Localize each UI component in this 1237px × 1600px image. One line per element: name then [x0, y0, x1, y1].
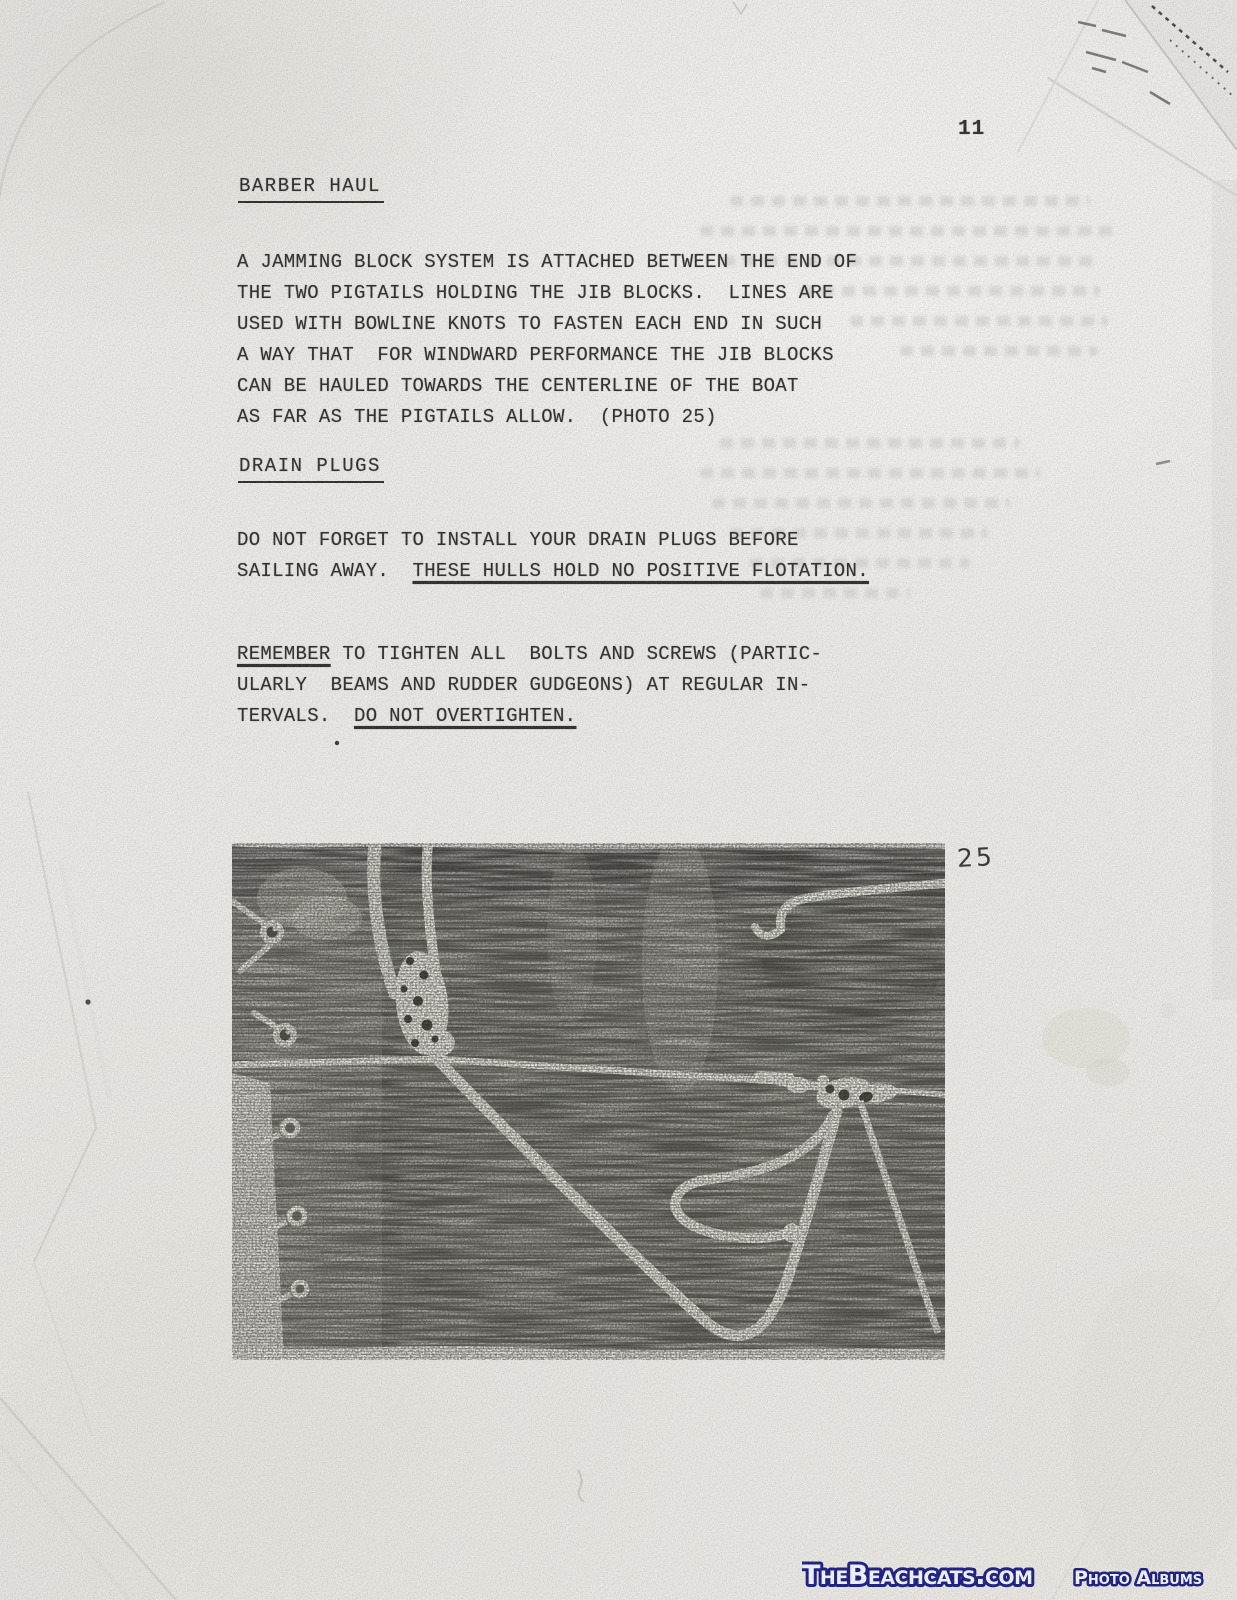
text-line: TERVALS. DO NOT OVERTIGHTEN. [237, 701, 822, 732]
text-segment: A JAMMING BLOCK SYSTEM IS ATTACHED BETWE… [237, 251, 857, 273]
text-line: CAN BE HAULED TOWARDS THE CENTERLINE OF … [237, 371, 857, 402]
bleedthrough-line [720, 438, 1020, 448]
bleedthrough-line [700, 468, 1040, 478]
photo-number: 25 [956, 842, 995, 873]
underlined-text: REMEMBER [237, 643, 331, 665]
photo-25 [232, 843, 945, 1360]
text-line: THE TWO PIGTAILS HOLDING THE JIB BLOCKS.… [237, 278, 857, 309]
text-line: A JAMMING BLOCK SYSTEM IS ATTACHED BETWE… [237, 247, 857, 278]
text-line: A WAY THAT FOR WINDWARD PERFORMANCE THE … [237, 340, 857, 371]
bleedthrough-line [850, 316, 1108, 326]
watermark-brand: TheBeachcats.com [802, 1560, 1032, 1591]
text-segment: THE TWO PIGTAILS HOLDING THE JIB BLOCKS.… [237, 282, 834, 304]
stain [1042, 1008, 1130, 1068]
corner-fold [1125, 0, 1237, 150]
bleedthrough-line [760, 588, 910, 598]
paragraph-barber-haul: A JAMMING BLOCK SYSTEM IS ATTACHED BETWE… [237, 247, 857, 433]
paragraph-remember-tighten: REMEMBER TO TIGHTEN ALL BOLTS AND SCREWS… [237, 639, 822, 732]
watermark: TheBeachcats.com Photo Albums [802, 1548, 1222, 1596]
scanned-page: 11 BARBER HAUL A JAMMING BLOCK SYSTEM IS… [0, 0, 1237, 1600]
text-segment: AS FAR AS THE PIGTAILS ALLOW. (PHOTO 25) [237, 406, 717, 428]
bleedthrough-line [730, 196, 1090, 206]
watermark-label: Photo Albums [1074, 1567, 1202, 1589]
text-segment: ULARLY BEAMS AND RUDDER GUDGEONS) AT REG… [237, 674, 810, 696]
heading-barber-haul: BARBER HAUL [239, 175, 384, 203]
underlined-text: THESE HULLS HOLD NO POSITIVE FLOTATION. [413, 560, 869, 582]
paper-texture [0, 0, 1237, 1600]
text-segment: DO NOT FORGET TO INSTALL YOUR DRAIN PLUG… [237, 529, 799, 551]
paragraph-drain-plugs: DO NOT FORGET TO INSTALL YOUR DRAIN PLUG… [237, 525, 869, 587]
underlined-text: DO NOT OVERTIGHTEN. [354, 705, 576, 727]
text-line: DO NOT FORGET TO INSTALL YOUR DRAIN PLUG… [237, 525, 869, 556]
text-segment: SAILING AWAY. [237, 560, 413, 582]
text-line: REMEMBER TO TIGHTEN ALL BOLTS AND SCREWS… [237, 639, 822, 670]
stray-dot [335, 741, 339, 745]
text-segment: A WAY THAT FOR WINDWARD PERFORMANCE THE … [237, 344, 834, 366]
text-line: SAILING AWAY. THESE HULLS HOLD NO POSITI… [237, 556, 869, 587]
text-segment: TERVALS. [237, 705, 354, 727]
text-line: ULARLY BEAMS AND RUDDER GUDGEONS) AT REG… [237, 670, 822, 701]
text-segment: TO TIGHTEN ALL BOLTS AND SCREWS (PARTIC- [331, 643, 822, 665]
bleedthrough-line [700, 226, 1120, 236]
text-line: USED WITH BOWLINE KNOTS TO FASTEN EACH E… [237, 309, 857, 340]
text-segment: CAN BE HAULED TOWARDS THE CENTERLINE OF … [237, 375, 799, 397]
heading-text: DRAIN PLUGS [238, 455, 384, 483]
bleedthrough-line [712, 498, 1010, 508]
bleedthrough-line [900, 346, 1098, 356]
text-line: AS FAR AS THE PIGTAILS ALLOW. (PHOTO 25) [237, 402, 857, 433]
heading-text: BARBER HAUL [238, 175, 384, 203]
scan-grain-overlay [0, 0, 1237, 1600]
text-segment: USED WITH BOWLINE KNOTS TO FASTEN EACH E… [237, 313, 822, 335]
corner-shading [0, 0, 150, 195]
heading-drain-plugs: DRAIN PLUGS [239, 455, 384, 483]
page-number: 11 [958, 118, 985, 141]
